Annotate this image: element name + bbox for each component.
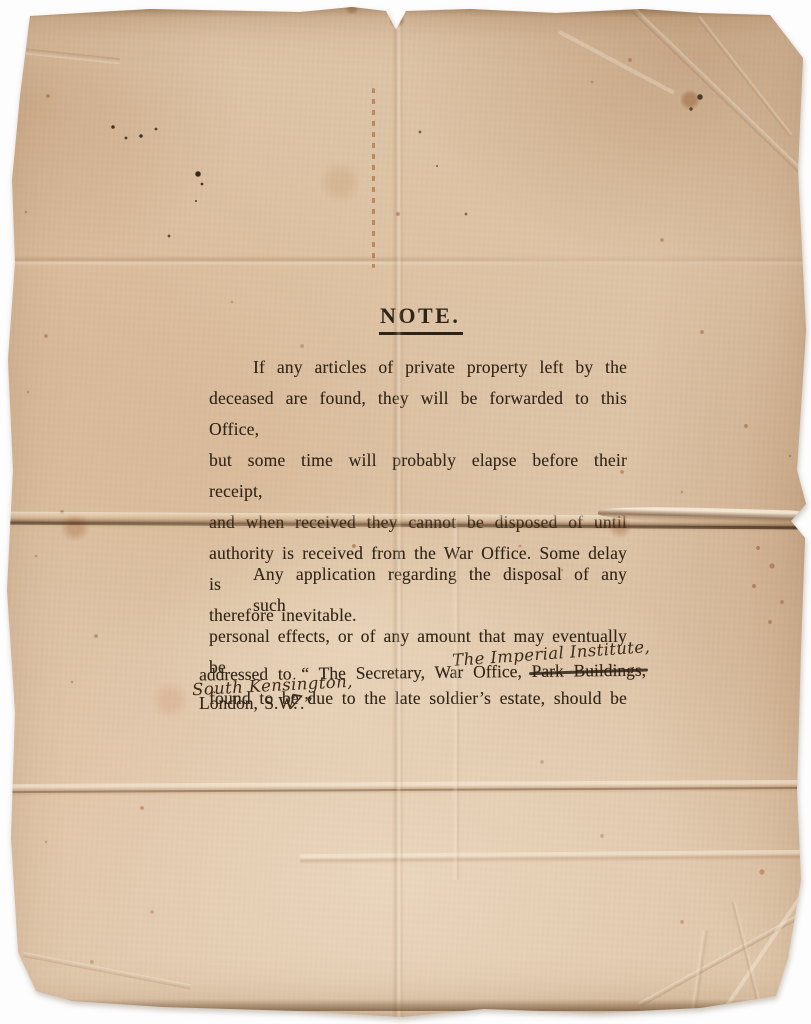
- printed-city-text: London, S.W.: [199, 693, 298, 713]
- printed-line: deceased are found, they will be forward…: [209, 383, 627, 445]
- printed-content: NOTE. If any articles of private propert…: [0, 0, 811, 1024]
- document-paper: NOTE. If any articles of private propert…: [0, 0, 811, 1024]
- scanned-document-page: NOTE. If any articles of private propert…: [0, 0, 811, 1024]
- note-heading: NOTE.: [379, 303, 463, 335]
- printed-line: and when received they cannot be dispose…: [209, 507, 627, 538]
- city-line: London, S.W.7.”: [199, 690, 312, 714]
- printed-line: Any application regarding the disposal o…: [209, 559, 627, 621]
- paper-shadow: NOTE. If any articles of private propert…: [0, 0, 811, 1024]
- printed-line: If any articles of private property left…: [209, 352, 627, 383]
- struck-location-text: Park Buildings,: [532, 660, 647, 681]
- printed-line: but some time will probably elapse befor…: [209, 445, 627, 507]
